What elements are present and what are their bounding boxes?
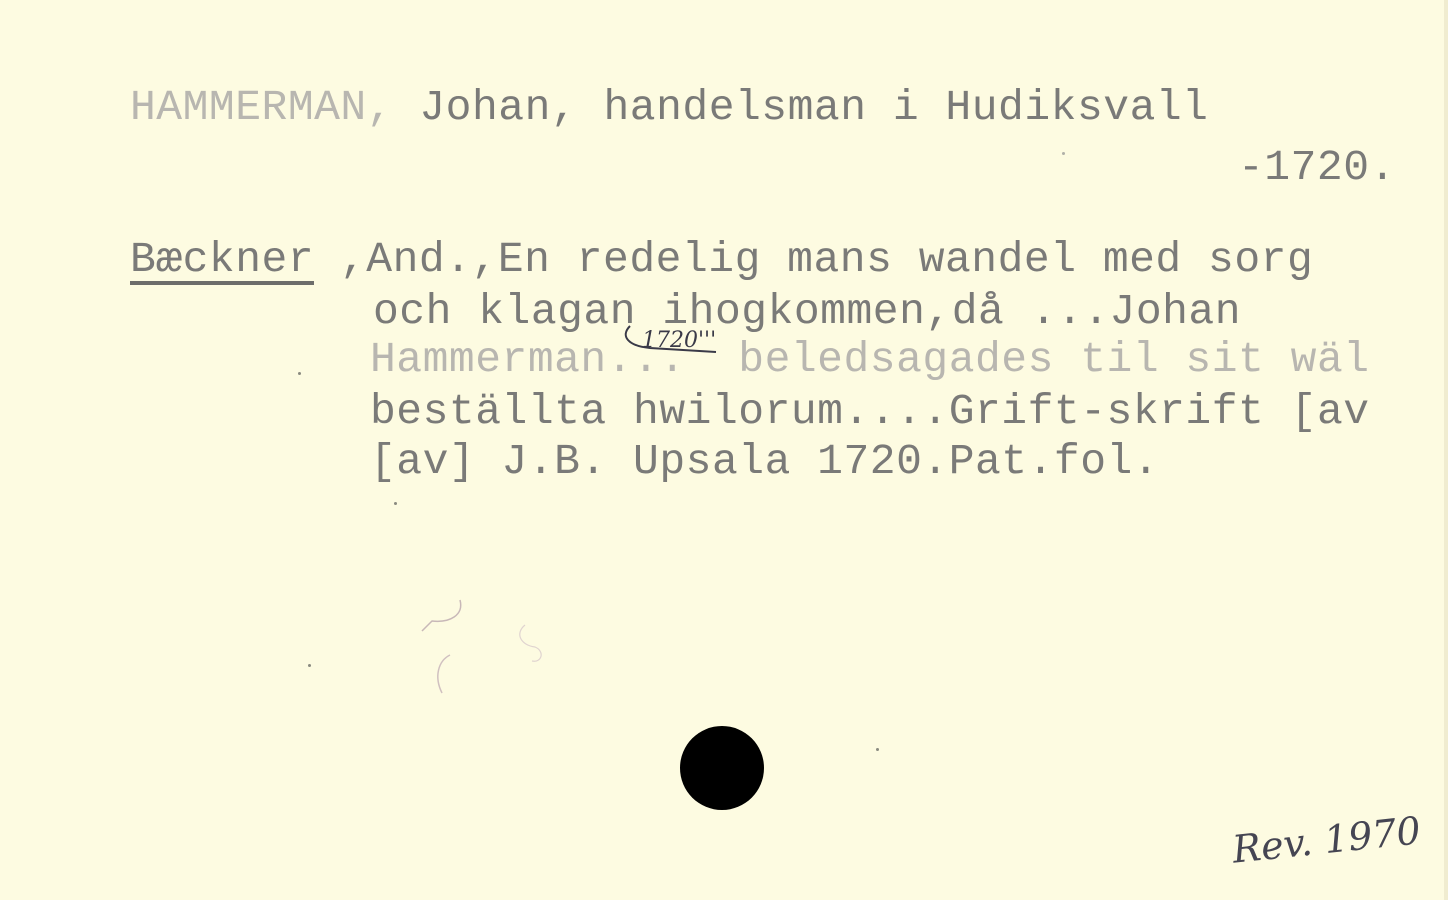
entry-title-line-3: Hammerman... beledsagades til sit wäl	[370, 338, 1370, 381]
speck	[1062, 152, 1065, 155]
handwritten-revision-note: Rev. 1970	[1230, 808, 1423, 872]
punch-hole	[680, 726, 764, 810]
entry-title-line-2: och klagan ihogkommen,då ...Johan	[373, 290, 1241, 333]
entry-title-line-1: ,And.,En redelig mans wandel med sorg	[340, 238, 1313, 281]
pencil-scribble-icon	[420, 595, 560, 695]
catalog-card: HAMMERMAN, Johan, handelsman i Hudiksval…	[0, 0, 1448, 900]
card-heading: HAMMERMAN, Johan, handelsman i Hudiksval…	[130, 86, 1208, 129]
speck	[876, 748, 879, 751]
entry-author: Bæckner	[130, 238, 314, 285]
entry-title-line-4: beställta hwilorum....Grift-skrift [av	[370, 390, 1370, 433]
heading-name: HAMMERMAN,	[130, 83, 393, 132]
heading-description: Johan, handelsman i Hudiksvall	[393, 83, 1208, 132]
entry-imprint-line: [av] J.B. Upsala 1720.Pat.fol.	[370, 440, 1159, 483]
speck	[308, 664, 311, 667]
handwritten-year-insert: 1720'''	[642, 328, 716, 353]
heading-year: -1720.	[1238, 146, 1396, 189]
speck	[394, 502, 397, 505]
card-edge	[1444, 0, 1448, 900]
speck	[298, 372, 301, 375]
